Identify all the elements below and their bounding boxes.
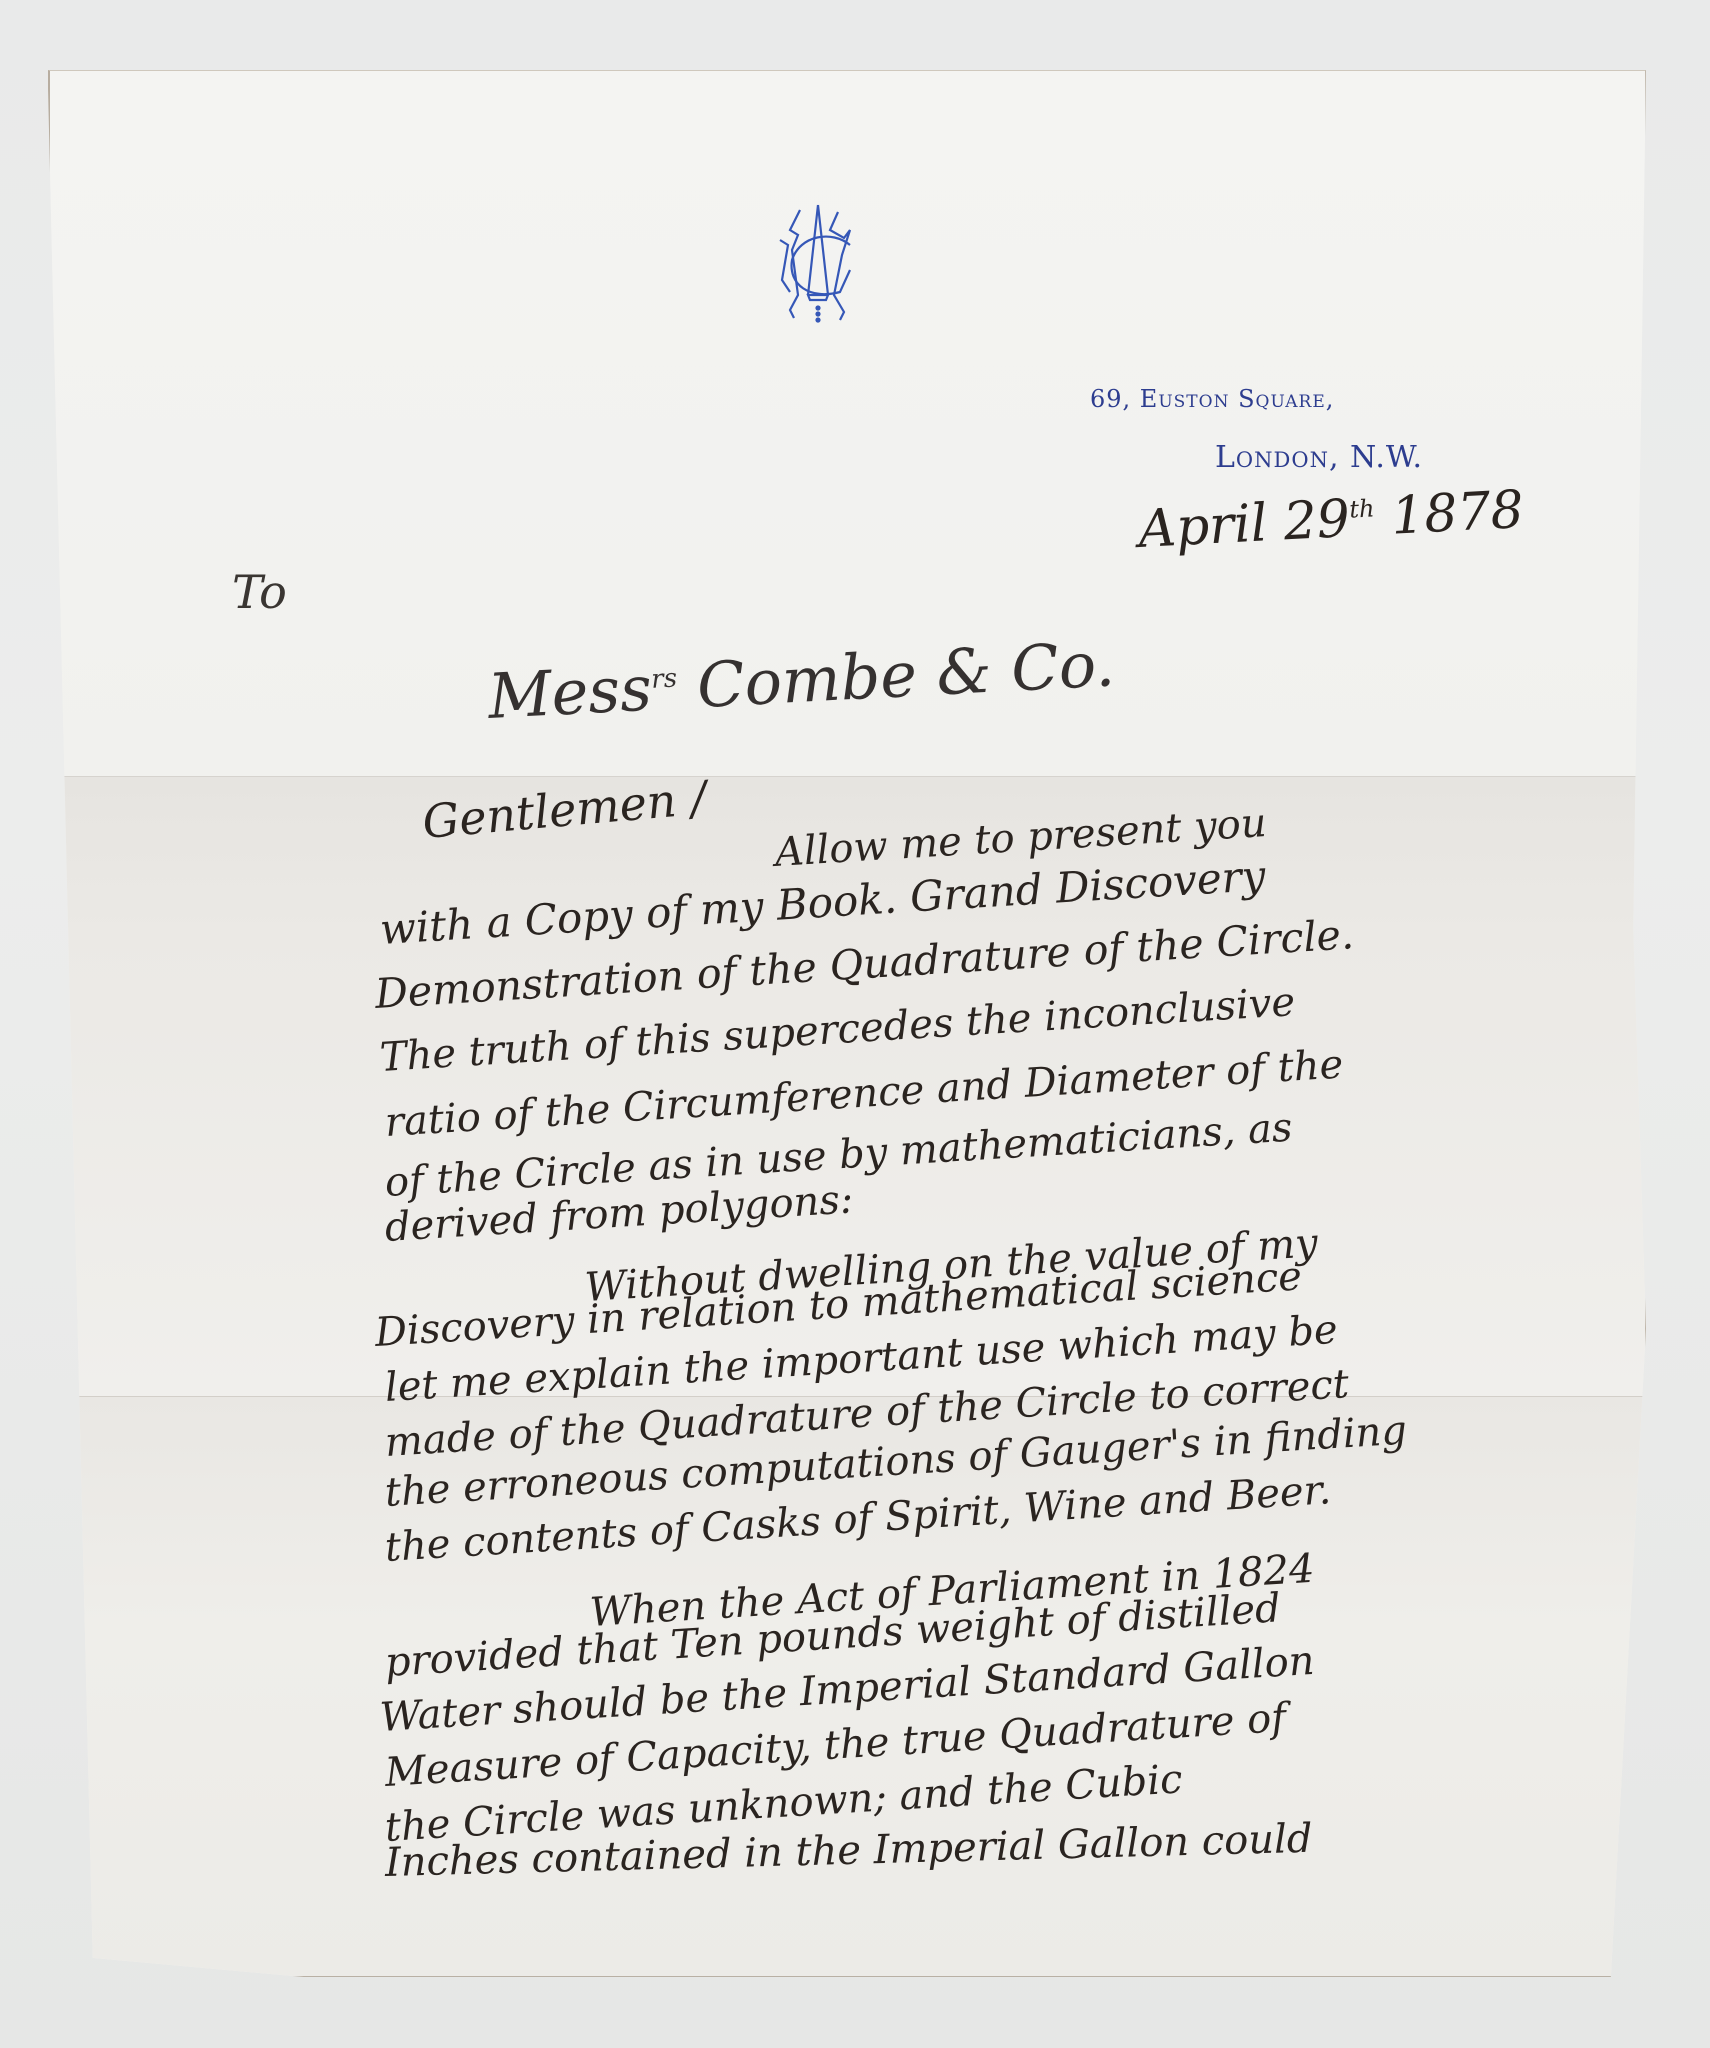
date-month-day: April 29 (1137, 489, 1352, 560)
date-ordinal: th (1349, 494, 1376, 523)
recipient-prefix: To (232, 565, 287, 619)
ornate-monogram-icon (770, 200, 865, 330)
date-year: 1878 (1390, 480, 1525, 547)
letterhead-address-city: London, N.W. (1215, 440, 1423, 475)
letterhead-address-street: 69, Euston Square, (1090, 385, 1334, 413)
recipient-title-sup: rs (650, 664, 677, 695)
recipient-title: Mess (486, 652, 653, 733)
